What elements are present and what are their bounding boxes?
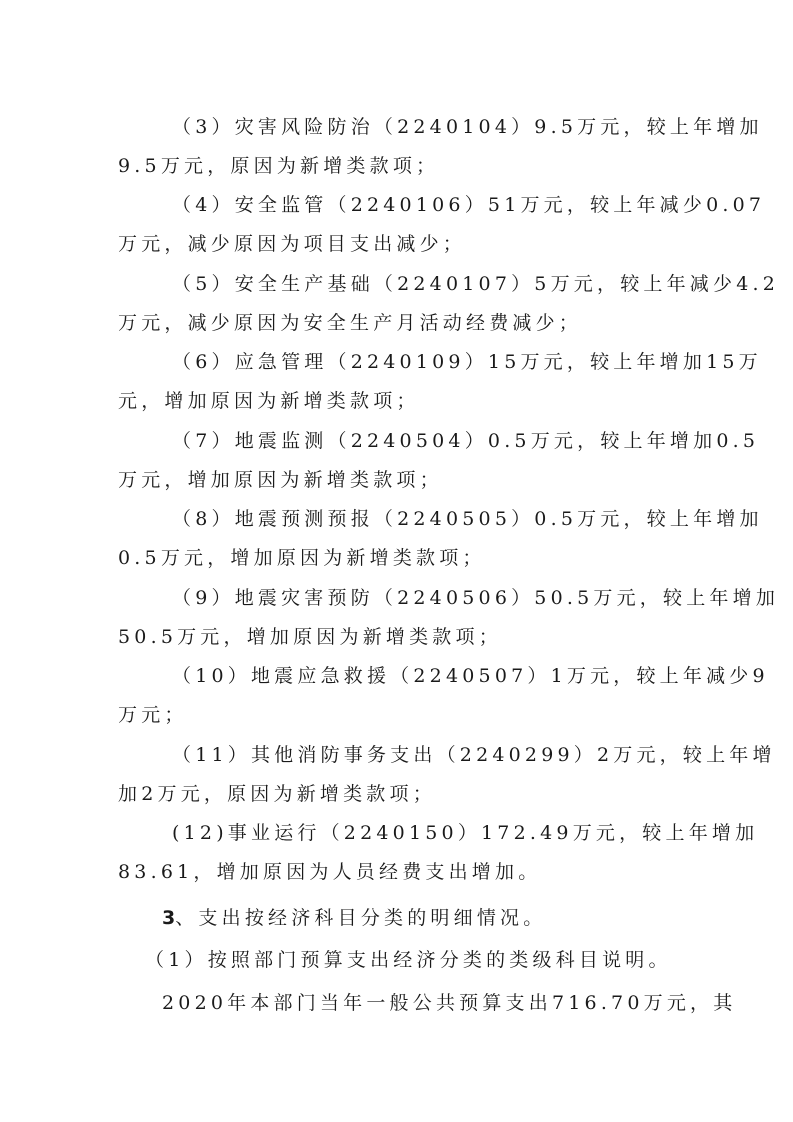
item-3-line-2: 9.5万元，原因为新增类款项； xyxy=(118,154,439,178)
item-5-line-2: 万元，减少原因为安全生产月活动经费减少； xyxy=(118,311,582,335)
item-10-line-1: （10）地震应急救援（2240507）1万元，较上年减少9 xyxy=(172,664,769,688)
section-heading-text: 、支出按经济科目分类的明细情况。 xyxy=(175,907,546,929)
item-12-line-2: 83.61，增加原因为人员经费支出增加。 xyxy=(118,860,541,884)
item-4-line-1: （4）安全监管（2240106）51万元，较上年减少0.07 xyxy=(172,193,765,217)
item-6-line-2: 元，增加原因为新增类款项； xyxy=(118,389,420,413)
item-4-line-2: 万元，减少原因为项目支出减少； xyxy=(118,232,466,256)
item-8-line-1: （8）地震预测预报（2240505）0.5万元，较上年增加 xyxy=(172,507,763,531)
document-page: （3）灾害风险防治（2240104）9.5万元，较上年增加 9.5万元，原因为新… xyxy=(0,0,793,1122)
subsection-heading: （1）按照部门预算支出经济分类的类级科目说明。 xyxy=(145,948,672,972)
item-5-line-1: （5）安全生产基础（2240107）5万元，较上年减少4.2 xyxy=(172,272,779,296)
item-11-line-2: 加2万元，原因为新增类款项； xyxy=(118,782,436,806)
item-12-line-1: (12)事业运行（2240150）172.49万元，较上年增加 xyxy=(172,821,758,845)
item-7-line-2: 万元，增加原因为新增类款项； xyxy=(118,468,443,492)
item-7-line-1: （7）地震监测（2240504）0.5万元，较上年增加0.5 xyxy=(172,429,759,453)
item-10-line-2: 万元； xyxy=(118,703,188,727)
item-11-line-1: （11）其他消防事务支出（2240299）2万元，较上年增 xyxy=(172,743,776,767)
item-9-line-2: 50.5万元，增加原因为新增类款项； xyxy=(118,625,502,649)
item-8-line-2: 0.5万元，增加原因为新增类款项； xyxy=(118,546,486,570)
section-number: 3 xyxy=(162,907,175,929)
final-paragraph-line: 2020年本部门当年一般公共预算支出716.70万元，其 xyxy=(162,991,736,1015)
item-6-line-1: （6）应急管理（2240109）15万元，较上年增加15万 xyxy=(172,350,762,374)
section-heading: 3、支出按经济科目分类的明细情况。 xyxy=(162,906,546,930)
item-3-line-1: （3）灾害风险防治（2240104）9.5万元，较上年增加 xyxy=(172,115,763,139)
item-9-line-1: （9）地震灾害预防（2240506）50.5万元，较上年增加 xyxy=(172,586,779,610)
